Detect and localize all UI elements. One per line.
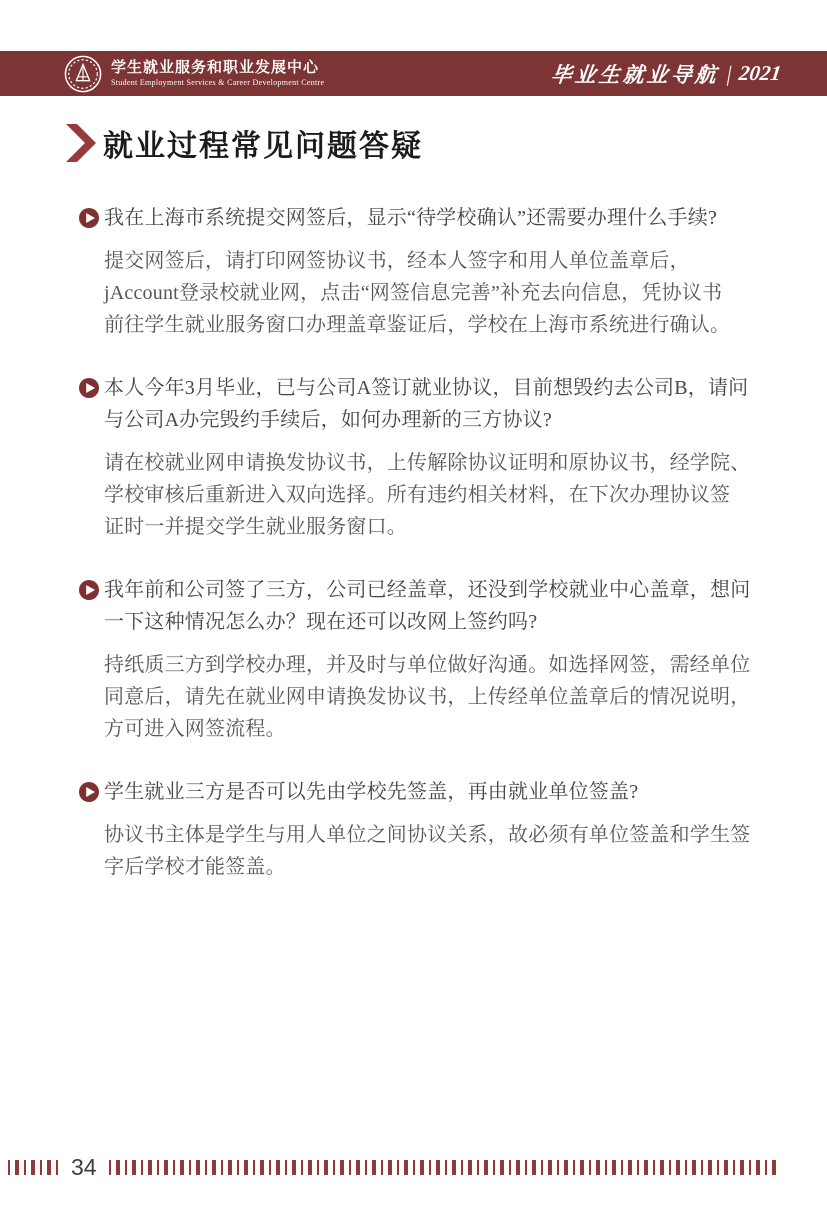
question-text: 本人今年3月毕业，已与公司A签订就业协议，目前想毁约去公司B，请问 与公司A办完… xyxy=(104,372,748,436)
footer-tick xyxy=(173,1160,175,1175)
footer-tick xyxy=(141,1160,143,1175)
footer: 34 xyxy=(8,1155,821,1179)
footer-tick xyxy=(596,1160,600,1175)
footer-tick xyxy=(132,1160,136,1175)
play-circle-icon xyxy=(79,208,99,228)
footer-tick xyxy=(756,1160,760,1175)
footer-tick xyxy=(765,1160,767,1175)
footer-tick xyxy=(404,1160,408,1175)
footer-tick xyxy=(301,1160,303,1175)
answer-text: 持纸质三方到学校办理，并及时与单位做好沟通。如选择网签，需经单位 同意后，请先在… xyxy=(104,649,751,745)
footer-tick xyxy=(164,1160,168,1175)
footer-tick xyxy=(356,1160,360,1175)
play-circle-icon xyxy=(79,782,99,802)
header-left: 学生就业服务和职业发展中心 Student Employment Service… xyxy=(64,55,324,93)
footer-tick xyxy=(244,1160,248,1175)
play-circle-icon xyxy=(79,378,99,398)
qa-item: 本人今年3月毕业，已与公司A签订就业协议，目前想毁约去公司B，请问 与公司A办完… xyxy=(79,372,751,543)
footer-tick xyxy=(532,1160,536,1175)
footer-tick xyxy=(285,1160,287,1175)
footer-tick xyxy=(125,1160,127,1175)
footer-tick xyxy=(516,1160,520,1175)
qa-item: 我在上海市系统提交网签后，显示“待学校确认”还需要办理什么手续? 提交网签后，请… xyxy=(79,202,751,341)
answer-text: 请在校就业网申请换发协议书，上传解除协议证明和原协议书，经学院、 学校审核后重新… xyxy=(104,447,751,543)
footer-tick xyxy=(557,1160,559,1175)
footer-tick xyxy=(228,1160,232,1175)
page-number: 34 xyxy=(71,1155,97,1179)
question-row: 我年前和公司签了三方，公司已经盖章，还没到学校就业中心盖章，想问 一下这种情况怎… xyxy=(79,574,751,638)
footer-tick xyxy=(148,1160,152,1175)
question-text: 我在上海市系统提交网签后，显示“待学校确认”还需要办理什么手续? xyxy=(104,202,717,234)
footer-tick xyxy=(116,1160,120,1175)
footer-tick xyxy=(717,1160,719,1175)
footer-tick xyxy=(628,1160,632,1175)
section-title-row: 就业过程常见问题答疑 xyxy=(66,121,423,165)
footer-tick xyxy=(564,1160,568,1175)
footer-tick xyxy=(724,1160,728,1175)
footer-tick xyxy=(605,1160,607,1175)
center-name-en: Student Employment Services & Career Dev… xyxy=(111,78,324,88)
footer-tick xyxy=(381,1160,383,1175)
footer-tick xyxy=(436,1160,440,1175)
footer-tick xyxy=(212,1160,216,1175)
qa-list: 我在上海市系统提交网签后，显示“待学校确认”还需要办理什么手续? 提交网签后，请… xyxy=(79,202,751,914)
footer-tick xyxy=(612,1160,616,1175)
answer-text: 提交网签后，请打印网签协议书，经本人签字和用人单位盖章后， jAccount登录… xyxy=(104,245,751,341)
footer-tick xyxy=(15,1160,19,1175)
footer-tick xyxy=(692,1160,696,1175)
guide-year: 2021 xyxy=(737,61,783,86)
footer-tick xyxy=(653,1160,655,1175)
university-seal-icon xyxy=(64,55,102,93)
header-right: 毕业生就业导航 | 2021 xyxy=(551,59,781,89)
footer-tick xyxy=(573,1160,575,1175)
question-text: 我年前和公司签了三方，公司已经盖章，还没到学校就业中心盖章，想问 一下这种情况怎… xyxy=(104,574,750,638)
footer-tick xyxy=(452,1160,456,1175)
footer-tick xyxy=(24,1160,26,1175)
footer-tick xyxy=(109,1160,111,1175)
footer-tick xyxy=(644,1160,648,1175)
footer-tick xyxy=(580,1160,584,1175)
footer-tick xyxy=(509,1160,511,1175)
footer-tick xyxy=(157,1160,159,1175)
footer-tick xyxy=(31,1160,35,1175)
footer-tick xyxy=(317,1160,319,1175)
chevron-right-icon xyxy=(66,124,96,162)
footer-tick xyxy=(180,1160,184,1175)
footer-tick xyxy=(388,1160,392,1175)
footer-tick xyxy=(47,1160,51,1175)
footer-ticks-right xyxy=(109,1159,821,1175)
footer-tick xyxy=(708,1160,712,1175)
footer-tick xyxy=(541,1160,543,1175)
footer-tick xyxy=(685,1160,687,1175)
footer-tick xyxy=(189,1160,191,1175)
question-row: 学生就业三方是否可以先由学校先签盖，再由就业单位签盖? xyxy=(79,776,751,808)
footer-tick xyxy=(740,1160,744,1175)
answer-text: 协议书主体是学生与用人单位之间协议关系，故必须有单位签盖和学生签 字后学校才能签… xyxy=(104,819,751,883)
footer-tick xyxy=(772,1160,776,1175)
footer-tick xyxy=(500,1160,504,1175)
footer-tick xyxy=(237,1160,239,1175)
center-name-cn: 学生就业服务和职业发展中心 xyxy=(111,59,324,78)
footer-tick xyxy=(637,1160,639,1175)
header-band: 学生就业服务和职业发展中心 Student Employment Service… xyxy=(0,51,827,96)
footer-tick xyxy=(429,1160,431,1175)
footer-tick xyxy=(589,1160,591,1175)
footer-tick xyxy=(484,1160,488,1175)
page-title: 就业过程常见问题答疑 xyxy=(103,121,423,165)
footer-tick xyxy=(701,1160,703,1175)
footer-tick xyxy=(676,1160,680,1175)
footer-tick xyxy=(548,1160,552,1175)
footer-tick xyxy=(340,1160,344,1175)
footer-tick xyxy=(349,1160,351,1175)
play-circle-icon xyxy=(79,580,99,600)
footer-tick xyxy=(621,1160,623,1175)
question-row: 我在上海市系统提交网签后，显示“待学校确认”还需要办理什么手续? xyxy=(79,202,751,234)
question-row: 本人今年3月毕业，已与公司A签订就业协议，目前想毁约去公司B，请问 与公司A办完… xyxy=(79,372,751,436)
footer-tick xyxy=(308,1160,312,1175)
footer-tick xyxy=(8,1160,10,1175)
footer-tick xyxy=(333,1160,335,1175)
footer-tick xyxy=(413,1160,415,1175)
footer-tick xyxy=(477,1160,479,1175)
footer-tick xyxy=(669,1160,671,1175)
footer-tick xyxy=(525,1160,527,1175)
qa-item: 学生就业三方是否可以先由学校先签盖，再由就业单位签盖? 协议书主体是学生与用人单… xyxy=(79,776,751,883)
footer-tick xyxy=(269,1160,271,1175)
footer-tick xyxy=(292,1160,296,1175)
footer-tick xyxy=(196,1160,200,1175)
footer-tick xyxy=(253,1160,255,1175)
footer-tick xyxy=(445,1160,447,1175)
footer-tick xyxy=(420,1160,424,1175)
footer-tick xyxy=(372,1160,376,1175)
guide-divider: | xyxy=(724,61,735,87)
footer-tick xyxy=(365,1160,367,1175)
footer-tick xyxy=(468,1160,472,1175)
footer-tick xyxy=(276,1160,280,1175)
footer-tick xyxy=(461,1160,463,1175)
footer-tick xyxy=(397,1160,399,1175)
footer-tick xyxy=(733,1160,735,1175)
footer-tick xyxy=(40,1160,42,1175)
footer-tick xyxy=(56,1160,58,1175)
footer-tick xyxy=(221,1160,223,1175)
footer-tick xyxy=(205,1160,207,1175)
footer-tick xyxy=(660,1160,664,1175)
footer-tick xyxy=(493,1160,495,1175)
center-names: 学生就业服务和职业发展中心 Student Employment Service… xyxy=(111,59,324,88)
guide-title: 毕业生就业导航 xyxy=(549,59,720,89)
footer-tick xyxy=(749,1160,751,1175)
qa-item: 我年前和公司签了三方，公司已经盖章，还没到学校就业中心盖章，想问 一下这种情况怎… xyxy=(79,574,751,745)
footer-tick xyxy=(324,1160,328,1175)
footer-tick xyxy=(260,1160,264,1175)
question-text: 学生就业三方是否可以先由学校先签盖，再由就业单位签盖? xyxy=(104,776,638,808)
footer-ticks-left xyxy=(8,1159,63,1175)
